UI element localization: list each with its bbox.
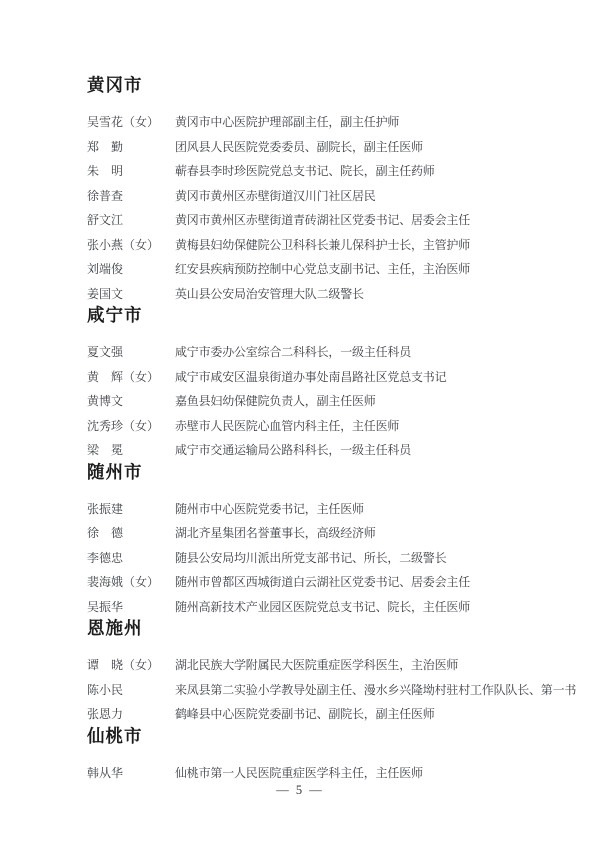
person-description: 随州市曾都区西城街道白云湖社区党委书记、居委会主任 (175, 570, 470, 595)
person-name: 黄博文 (87, 389, 175, 414)
person-description: 仙桃市第一人民医院重症医学科主任，主任医师 (175, 761, 423, 786)
person-name: 姜国文 (87, 282, 175, 307)
person-description: 黄冈市中心医院护理部副主任，副主任护师 (175, 110, 399, 135)
person-row: 张小燕（女）黄梅县妇幼保健院公卫科科长兼儿保科护士长，主管护师 (87, 233, 542, 258)
person-name: 裴海娥（女） (87, 570, 175, 595)
person-row: 梁 冕咸宁市交通运输局公路科科长，一级主任科员 (87, 438, 542, 463)
person-row: 舒文江黄冈市黄州区赤壁街道青砖湖社区党委书记、居委会主任 (87, 208, 542, 233)
city-section: 随州市张振建随州市中心医院党委书记，主任医师徐 德湖北齐星集团名誉董事长，高级经… (87, 461, 542, 620)
person-name: 韩从华 (87, 761, 175, 786)
person-description: 随州市中心医院党委书记，主任医师 (175, 497, 364, 522)
person-row: 姜国文英山县公安局治安管理大队二级警长 (87, 282, 542, 307)
person-description: 黄梅县妇幼保健院公卫科科长兼儿保科护士长，主管护师 (175, 233, 470, 258)
person-name: 黄 辉（女） (87, 365, 175, 390)
person-name: 朱 明 (87, 159, 175, 184)
person-name: 徐普查 (87, 184, 175, 209)
person-row: 吴雪花（女）黄冈市中心医院护理部副主任，副主任护师 (87, 110, 542, 135)
person-name: 张恩力 (87, 702, 175, 727)
person-row: 黄博文嘉鱼县妇幼保健院负责人，副主任医师 (87, 389, 542, 414)
person-row: 郑 勤团风县人民医院党委委员、副院长，副主任医师 (87, 135, 542, 160)
city-section: 恩施州谭 晓（女）湖北民族大学附属民大医院重症医学科医生，主治医师陈小民来凤县第… (87, 617, 542, 727)
person-name: 谭 晓（女） (87, 653, 175, 678)
person-name: 张小燕（女） (87, 233, 175, 258)
person-description: 赤壁市人民医院心血管内科主任，主任医师 (175, 414, 399, 439)
city-section: 仙桃市韩从华仙桃市第一人民医院重症医学科主任，主任医师 (87, 725, 542, 786)
person-row: 韩从华仙桃市第一人民医院重症医学科主任，主任医师 (87, 761, 542, 786)
person-name: 夏文强 (87, 340, 175, 365)
person-name: 吴振华 (87, 595, 175, 620)
person-row: 李德忠随县公安局均川派出所党支部书记、所长，二级警长 (87, 546, 542, 571)
person-name: 舒文江 (87, 208, 175, 233)
person-description: 鹤峰县中心医院党委副书记、副院长，副主任医师 (175, 702, 435, 727)
person-name: 张振建 (87, 497, 175, 522)
person-name: 徐 德 (87, 521, 175, 546)
person-description: 嘉鱼县妇幼保健院负责人，副主任医师 (175, 389, 376, 414)
person-description: 蕲春县李时珍医院党总支书记、院长，副主任药师 (175, 159, 435, 184)
person-row: 张振建随州市中心医院党委书记，主任医师 (87, 497, 542, 522)
person-description: 湖北齐星集团名誉董事长，高级经济师 (175, 521, 376, 546)
person-row: 谭 晓（女）湖北民族大学附属民大医院重症医学科医生，主治医师 (87, 653, 542, 678)
person-name: 吴雪花（女） (87, 110, 175, 135)
city-heading: 咸宁市 (87, 304, 542, 326)
person-name: 沈秀珍（女） (87, 414, 175, 439)
person-row: 黄 辉（女）咸宁市咸安区温泉街道办事处南昌路社区党总支书记 (87, 365, 542, 390)
person-description: 红安县疾病预防控制中心党总支副书记、主任，主治医师 (175, 257, 470, 282)
person-description: 来凤县第二实验小学教导处副主任、漫水乡兴隆坳村驻村工作队队长、第一书 (175, 678, 576, 703)
person-name: 郑 勤 (87, 135, 175, 160)
person-row: 徐普查黄冈市黄州区赤壁街道汉川门社区居民 (87, 184, 542, 209)
person-row: 裴海娥（女）随州市曾都区西城街道白云湖社区党委书记、居委会主任 (87, 570, 542, 595)
person-name: 李德忠 (87, 546, 175, 571)
person-description: 咸宁市委办公室综合二科科长，一级主任科员 (175, 340, 411, 365)
person-description: 咸宁市咸安区温泉街道办事处南昌路社区党总支书记 (175, 365, 446, 390)
city-section: 黄冈市吴雪花（女）黄冈市中心医院护理部副主任，副主任护师郑 勤团风县人民医院党委… (87, 74, 542, 306)
person-row: 朱 明蕲春县李时珍医院党总支书记、院长，副主任药师 (87, 159, 542, 184)
person-row: 吴振华随州高新技术产业园区医院党总支书记、院长，主任医师 (87, 595, 542, 620)
sections-container: 黄冈市吴雪花（女）黄冈市中心医院护理部副主任，副主任护师郑 勤团风县人民医院党委… (87, 74, 542, 785)
person-row: 夏文强咸宁市委办公室综合二科科长，一级主任科员 (87, 340, 542, 365)
person-row: 陈小民来凤县第二实验小学教导处副主任、漫水乡兴隆坳村驻村工作队队长、第一书 (87, 678, 542, 703)
person-name: 陈小民 (87, 678, 175, 703)
person-row: 徐 德湖北齐星集团名誉董事长，高级经济师 (87, 521, 542, 546)
person-description: 随县公安局均川派出所党支部书记、所长，二级警长 (175, 546, 446, 571)
person-description: 团风县人民医院党委委员、副院长，副主任医师 (175, 135, 423, 160)
city-section: 咸宁市夏文强咸宁市委办公室综合二科科长，一级主任科员黄 辉（女）咸宁市咸安区温泉… (87, 304, 542, 463)
person-row: 刘端俊红安县疾病预防控制中心党总支副书记、主任，主治医师 (87, 257, 542, 282)
person-description: 湖北民族大学附属民大医院重症医学科医生，主治医师 (175, 653, 458, 678)
city-heading: 随州市 (87, 461, 542, 483)
person-row: 张恩力鹤峰县中心医院党委副书记、副院长，副主任医师 (87, 702, 542, 727)
person-name: 刘端俊 (87, 257, 175, 282)
document-page: 黄冈市吴雪花（女）黄冈市中心医院护理部副主任，副主任护师郑 勤团风县人民医院党委… (0, 0, 600, 848)
person-description: 英山县公安局治安管理大队二级警长 (175, 282, 364, 307)
city-heading: 黄冈市 (87, 74, 542, 96)
person-name: 梁 冕 (87, 438, 175, 463)
person-description: 黄冈市黄州区赤壁街道汉川门社区居民 (175, 184, 376, 209)
person-description: 黄冈市黄州区赤壁街道青砖湖社区党委书记、居委会主任 (175, 208, 470, 233)
person-description: 咸宁市交通运输局公路科科长，一级主任科员 (175, 438, 411, 463)
page-number: — 5 — (0, 783, 600, 798)
person-description: 随州高新技术产业园区医院党总支书记、院长，主任医师 (175, 595, 470, 620)
city-heading: 恩施州 (87, 617, 542, 639)
city-heading: 仙桃市 (87, 725, 542, 747)
person-row: 沈秀珍（女）赤壁市人民医院心血管内科主任，主任医师 (87, 414, 542, 439)
